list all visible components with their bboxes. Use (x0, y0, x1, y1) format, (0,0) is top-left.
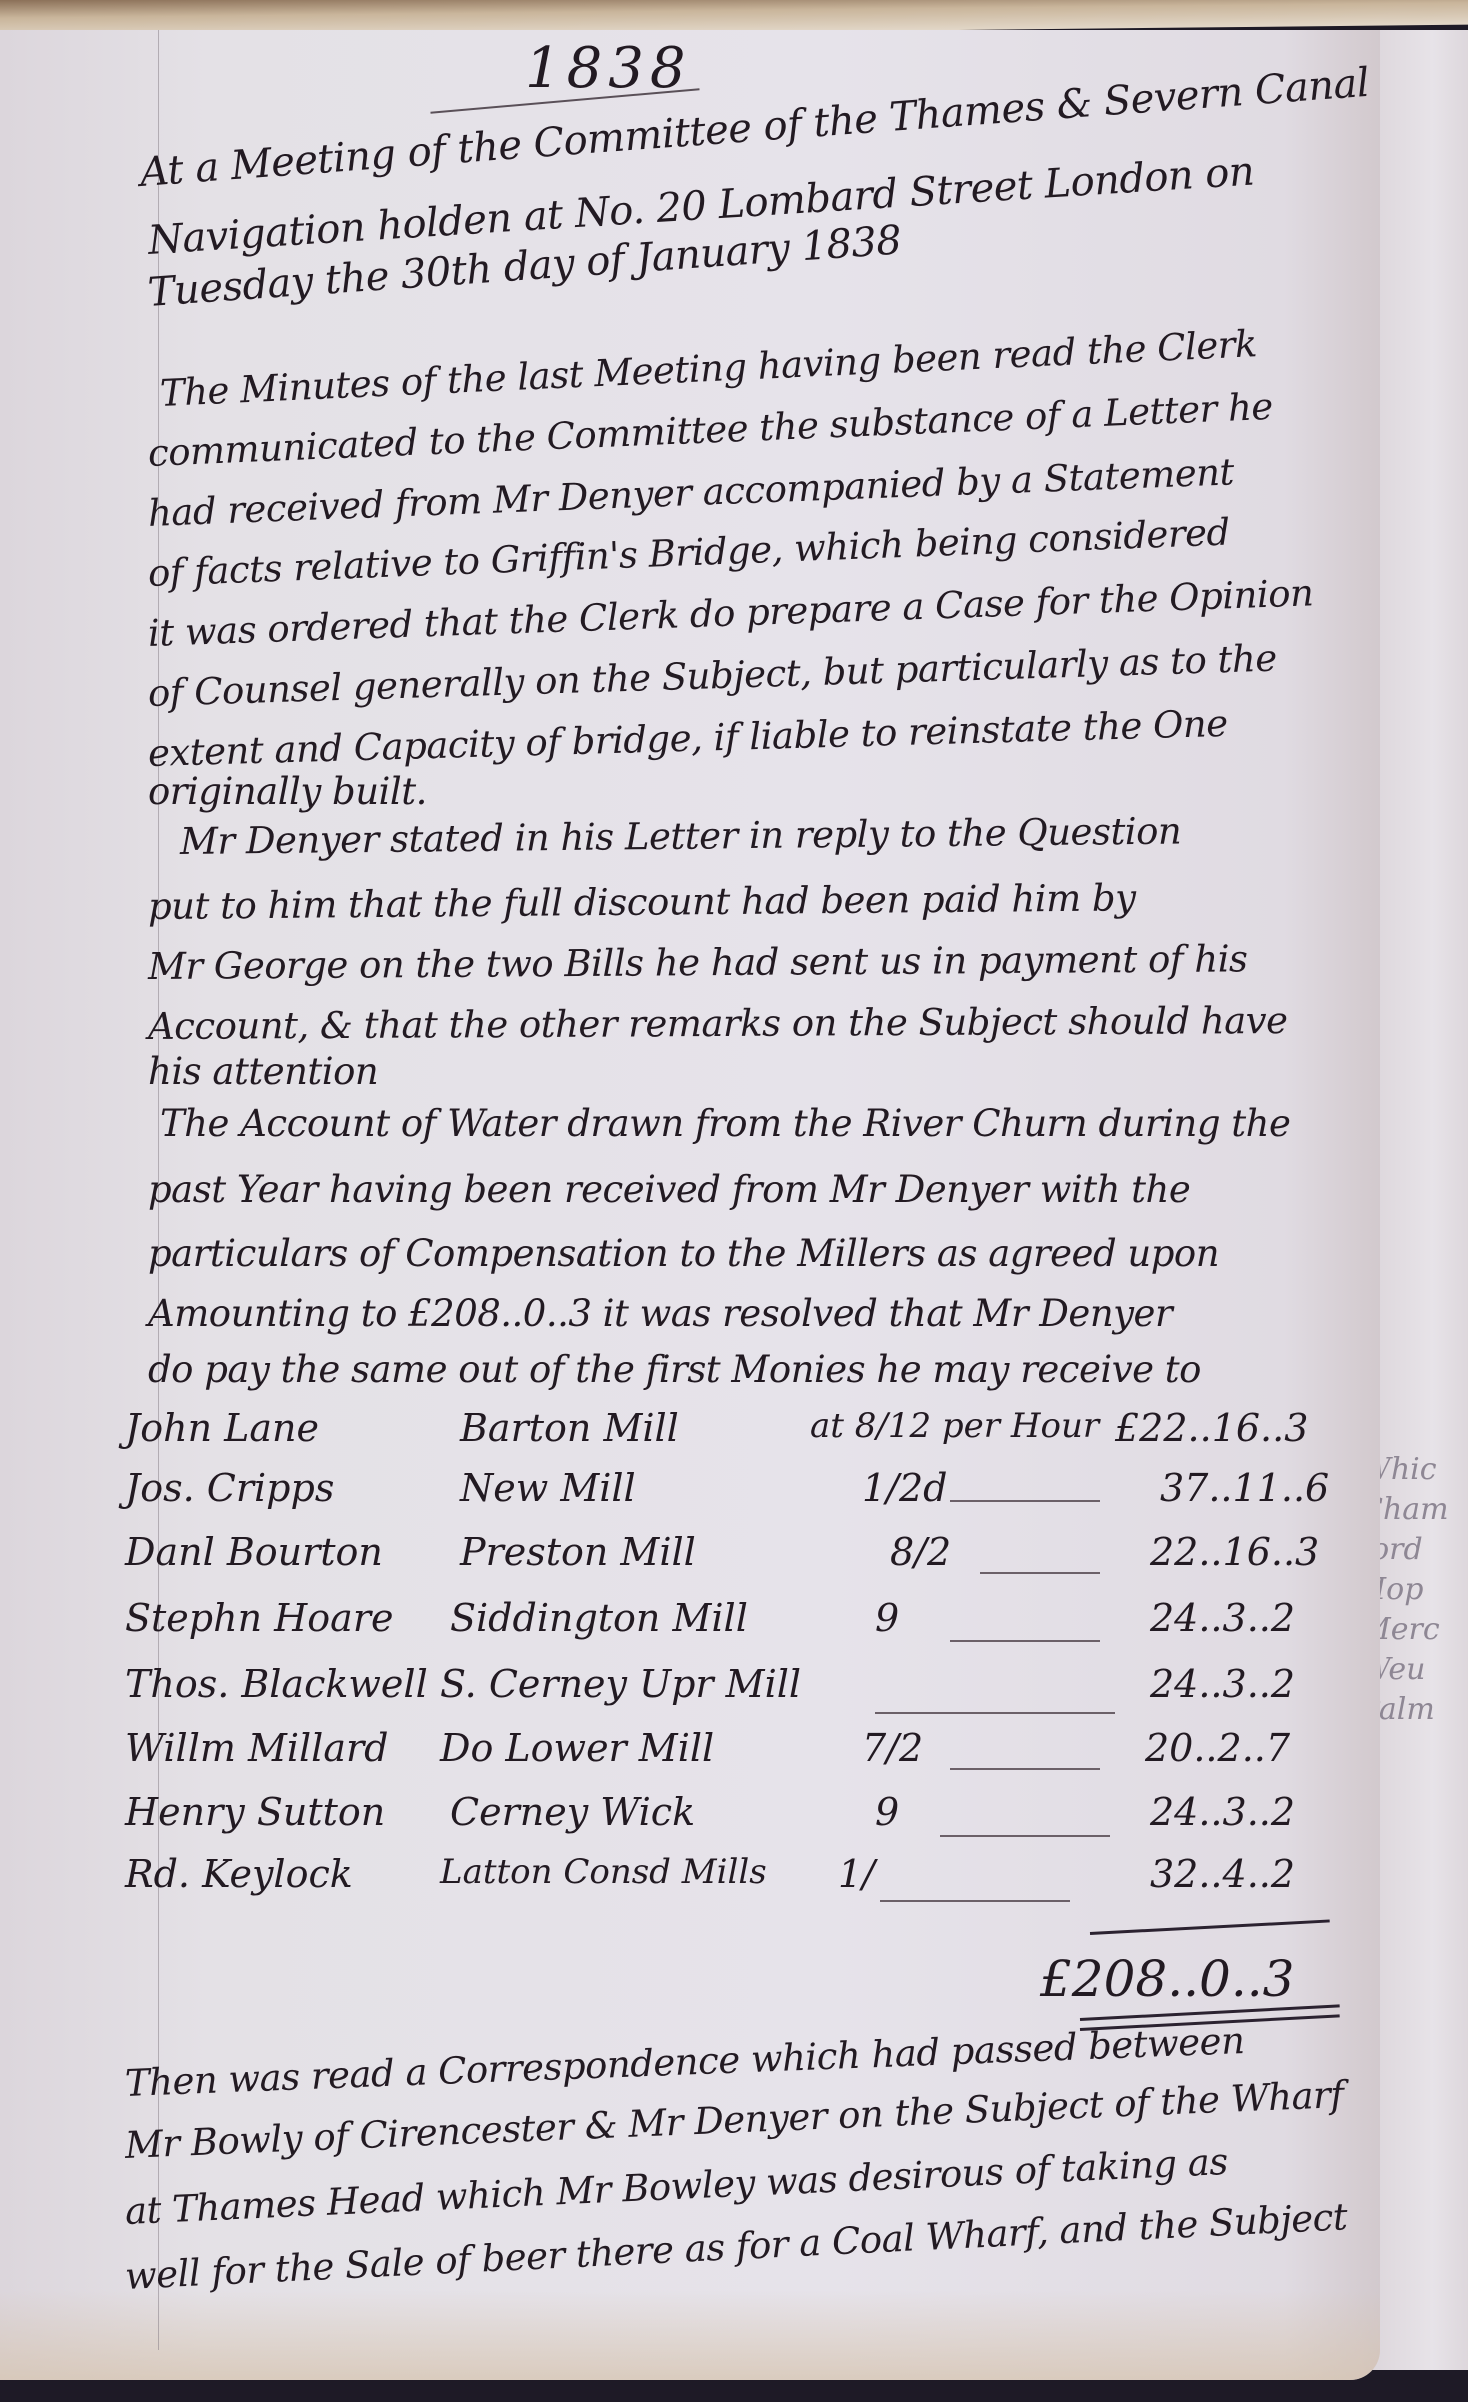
rate: 1/ (838, 1852, 875, 1896)
rate: 7/2 (862, 1726, 923, 1770)
minutes-paragraph-line: Amounting to £208..0..3 it was resolved … (148, 1292, 1172, 1335)
miller-name: Stephn Hoare (125, 1596, 393, 1640)
amount: 24..3..2 (1150, 1790, 1295, 1834)
mill-name: Siddington Mill (450, 1596, 748, 1640)
miller-name: Jos. Cripps (125, 1466, 334, 1510)
page-shadow (0, 2290, 1380, 2380)
amount: 24..3..2 (1150, 1662, 1295, 1706)
minutes-paragraph-line: originally built. (148, 770, 427, 813)
minutes-paragraph-line: his attention (148, 1050, 378, 1093)
amount: 20..2..7 (1145, 1726, 1290, 1770)
miller-name: Thos. Blackwell (125, 1662, 428, 1706)
miller-name: Henry Sutton (125, 1790, 385, 1834)
mill-name: Do Lower Mill (440, 1726, 714, 1770)
dash-leader (880, 1900, 1070, 1902)
minutes-paragraph-line: Mr George on the two Bills he had sent u… (148, 937, 1248, 988)
miller-name: Willm Millard (125, 1726, 388, 1770)
rate: 9 (875, 1596, 899, 1640)
miller-name: Rd. Keylock (125, 1852, 353, 1896)
mill-name: Cerney Wick (450, 1790, 695, 1834)
amount: £22..16..3 (1115, 1406, 1308, 1450)
dash-leader (950, 1640, 1100, 1642)
minutes-paragraph-line: The Account of Water drawn from the Rive… (160, 1102, 1290, 1145)
minutes-paragraph-line: Account, & that the other remarks on the… (148, 999, 1288, 1048)
minutes-paragraph-line: past Year having been received from Mr D… (148, 1168, 1190, 1211)
mill-name: Preston Mill (460, 1530, 696, 1574)
dash-leader (950, 1500, 1100, 1502)
minutes-paragraph-line: particulars of Compensation to the Mille… (148, 1232, 1219, 1275)
minutes-paragraph-line: put to him that the full discount had be… (148, 876, 1136, 928)
amount: 37..11..6 (1160, 1466, 1329, 1510)
miller-name: John Lane (125, 1406, 319, 1450)
amount: 24..3..2 (1150, 1596, 1295, 1640)
dash-leader (950, 1768, 1100, 1770)
rate: at 8/12 per Hour (810, 1406, 1099, 1446)
mill-name: New Mill (460, 1466, 636, 1510)
mill-name: Barton Mill (460, 1406, 679, 1450)
dash-leader (940, 1835, 1110, 1837)
rate: 9 (875, 1790, 899, 1834)
dash-leader (875, 1712, 1115, 1714)
dash-leader (980, 1572, 1100, 1574)
amount: 32..4..2 (1150, 1852, 1295, 1896)
rate: 8/2 (890, 1530, 951, 1574)
miller-name: Danl Bourton (125, 1530, 383, 1574)
mill-name: Latton Consd Mills (440, 1852, 767, 1892)
rate: 1/2d (862, 1466, 947, 1510)
total-amount: £208..0..3 (1040, 1950, 1294, 2008)
minutes-paragraph-line: do pay the same out of the first Monies … (148, 1348, 1201, 1391)
mill-name: S. Cerney Upr Mill (440, 1662, 801, 1706)
amount: 22..16..3 (1150, 1530, 1319, 1574)
